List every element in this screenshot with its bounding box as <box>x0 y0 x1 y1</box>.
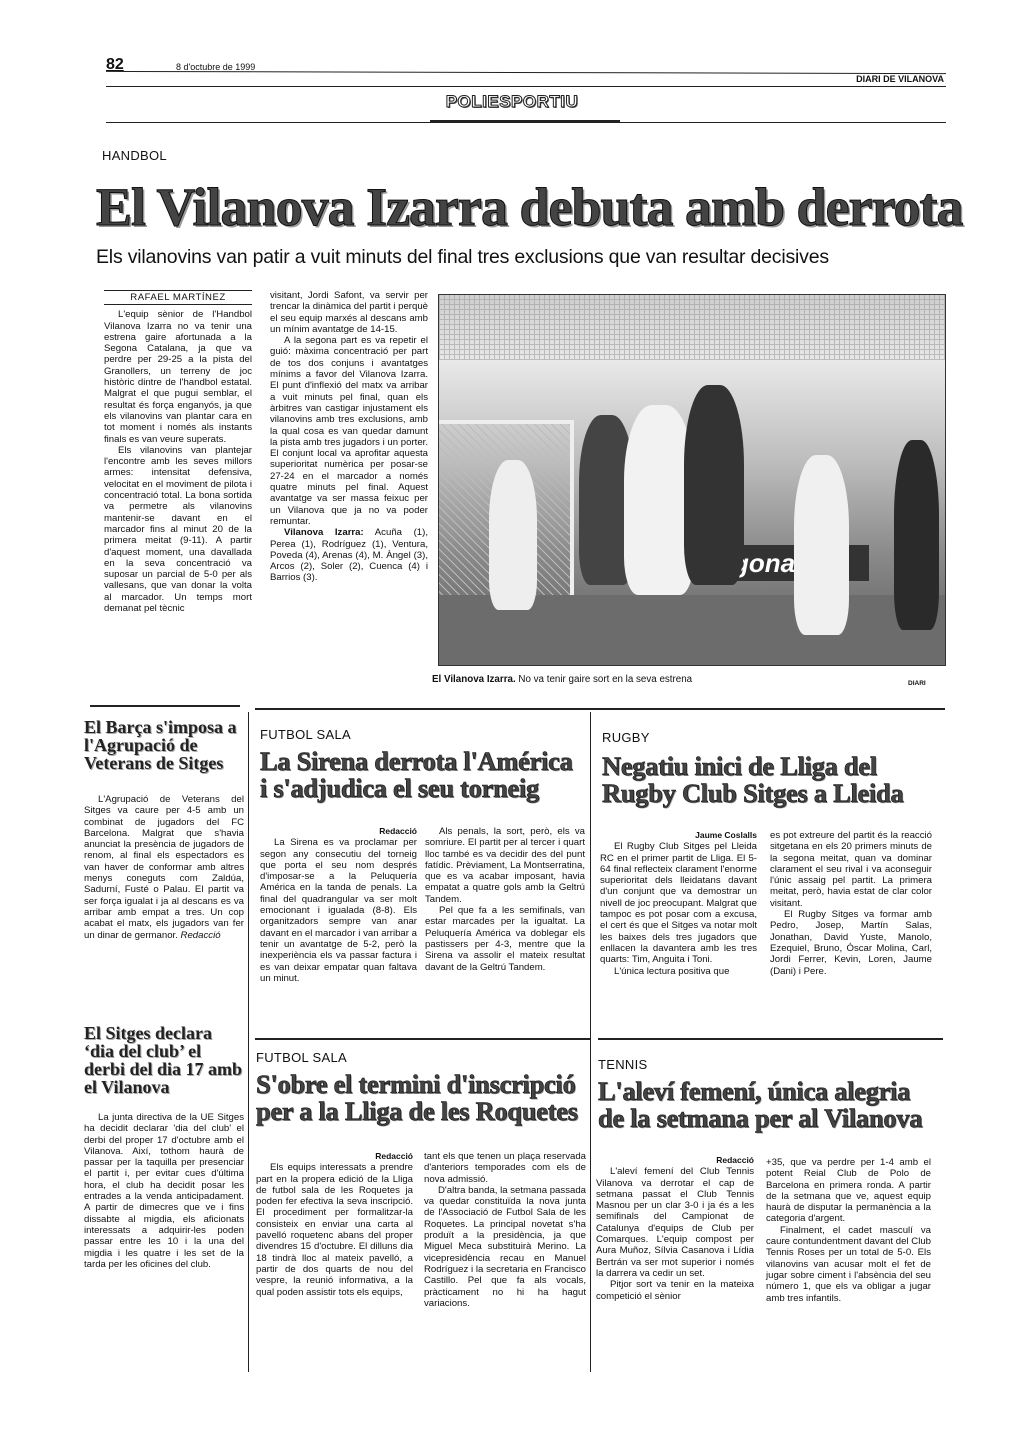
story-sirena: FUTBOL SALA La Sirena derrota l'América … <box>260 727 590 802</box>
photo-credit: DIARI <box>908 680 926 687</box>
brief-signature: Redacció <box>181 930 221 941</box>
story-column: Als penals, la sort, però, els va somriu… <box>425 826 585 973</box>
paragraph: Finalment, el cadet masculí va caure con… <box>766 1225 931 1304</box>
story-credit: Redacció <box>596 1155 754 1166</box>
story-column: +35, que va perdre per 1-4 amb el potent… <box>766 1157 931 1304</box>
story-column: Redacció Els equips interessats a prendr… <box>256 1151 413 1298</box>
paragraph: El Rugby Sitges va formar amb Pedro, Jos… <box>770 909 932 977</box>
brief-text: L'Agrupació de Veterans del Sitges va ca… <box>84 794 244 941</box>
paragraph: Els equips interessats a prendre part en… <box>256 1162 413 1298</box>
photo-caption: El Vilanova Izarra. No va tenir gaire so… <box>432 674 692 685</box>
story-column: tant els que tenen un plaça reservada d'… <box>424 1151 586 1309</box>
main-subheadline: Els vilanovins van patir a vuit minuts d… <box>96 246 829 269</box>
story-headline-line: i s'adjudica el seu torneig <box>260 775 590 802</box>
section-underline <box>430 120 620 123</box>
paragraph: +35, que va perdre per 1-4 amb el potent… <box>766 1157 931 1225</box>
section-title: POLIESPORTIU <box>0 92 1024 112</box>
lineup-label: Vilanova Izarra: <box>284 527 364 538</box>
sidebar-brief-2: El Sitges declara ‘dia del club’ el derb… <box>84 1024 244 1270</box>
main-kicker: HANDBOL <box>102 148 167 163</box>
caption-text: No va tenir gaire sort en la seva estren… <box>516 674 692 685</box>
net-pattern <box>439 295 945 360</box>
story-column: es pot extreure del partit és la reacció… <box>770 830 932 977</box>
column-rule <box>590 712 591 1372</box>
story-tennis: TENNIS L'aleví femení, única alegria de … <box>598 1057 943 1132</box>
story-column: Jaume Coslalls El Rugby Club Sitges pel … <box>600 830 757 977</box>
paper-name: DIARI DE VILANOVA <box>856 74 944 84</box>
divider <box>255 1038 590 1040</box>
header-rule <box>106 71 946 74</box>
brief-headline: El Barça s'imposa a l'Agrupació de Veter… <box>84 718 244 772</box>
story-headline-line: La Sirena derrota l'América <box>260 748 590 775</box>
player-figure <box>684 385 744 585</box>
referee-figure <box>489 460 537 610</box>
main-column-2: visitant, Jordi Safont, va servir per tr… <box>270 290 428 584</box>
brief-body: La junta directiva de la UE Sitges ha de… <box>84 1112 244 1270</box>
paragraph: A la segona part es va repetir el guió: … <box>270 335 428 527</box>
paragraph: D'altra banda, la setmana passada va que… <box>424 1185 586 1309</box>
paragraph: Pitjor sort va tenir en la mateixa compe… <box>596 1279 754 1302</box>
paragraph: Pel que fa a les semifinals, van estar m… <box>425 905 585 973</box>
main-headline: El Vilanova Izarra debuta amb derrota <box>96 176 936 238</box>
story-headline-line: L'aleví femení, única alegria <box>598 1078 943 1105</box>
story-column: Redacció L'aleví femení del Club Tennis … <box>596 1155 754 1302</box>
paragraph: Els vilanovins van plantejar l'encontre … <box>104 445 252 614</box>
paragraph: visitant, Jordi Safont, va servir per tr… <box>270 290 428 335</box>
paragraph: L'aleví femení del Club Tennis Vilanova … <box>596 1166 754 1279</box>
divider <box>255 708 945 710</box>
story-headline-line: de la setmana per al Vilanova <box>598 1105 943 1132</box>
paragraph: El Rugby Club Sitges pel Lleida RC en el… <box>600 841 757 965</box>
story-headline-line: S'obre el termini d'inscripció <box>256 1071 591 1098</box>
paragraph: es pot extreure del partit és la reacció… <box>770 830 932 909</box>
byline: RAFAEL MARTÍNEZ <box>104 290 252 305</box>
story-headline-line: Rugby Club Sitges a Lleida <box>602 780 942 807</box>
story-kicker: FUTBOL SALA <box>256 1050 591 1065</box>
brief-text: La junta directiva de la UE Sitges ha de… <box>84 1112 244 1270</box>
lineup: Vilanova Izarra: Acuña (1), Perea (1), R… <box>270 527 428 583</box>
story-column: Redacció La Sirena es va proclamar per s… <box>260 826 417 984</box>
story-rugby: RUGBY Negatiu inici de Lliga del Rugby C… <box>602 730 942 807</box>
main-column-1: RAFAEL MARTÍNEZ L'equip sènior de l'Hand… <box>104 290 252 614</box>
divider <box>90 705 240 707</box>
paragraph: tant els que tenen un plaça reservada d'… <box>424 1151 586 1185</box>
brief-body: L'Agrupació de Veterans del Sitges va ca… <box>84 794 244 941</box>
paragraph: La Sirena es va proclamar per segon any … <box>260 837 417 984</box>
divider <box>598 1038 943 1040</box>
story-roquetes: FUTBOL SALA S'obre el termini d'inscripc… <box>256 1050 591 1125</box>
story-kicker: RUGBY <box>602 730 942 745</box>
story-credit: Redacció <box>260 826 417 837</box>
sidebar-brief-1: El Barça s'imposa a l'Agrupació de Veter… <box>84 718 244 941</box>
handball-photo: gona <box>438 294 946 666</box>
paragraph: L'única lectura positiva que <box>600 966 757 977</box>
story-headline-line: per a la Lliga de les Roquetes <box>256 1098 591 1125</box>
story-credit: Jaume Coslalls <box>600 830 757 841</box>
story-credit: Redacció <box>256 1151 413 1162</box>
paragraph: Als penals, la sort, però, els va somriu… <box>425 826 585 905</box>
player-figure <box>894 440 939 630</box>
story-kicker: TENNIS <box>598 1057 943 1072</box>
column-rule <box>248 712 249 1372</box>
story-headline-line: Negatiu inici de Lliga del <box>602 753 942 780</box>
caption-bold: El Vilanova Izarra. <box>432 674 516 685</box>
story-kicker: FUTBOL SALA <box>260 727 590 742</box>
paragraph: L'equip sènior de l'Handbol Vilanova Iza… <box>104 309 252 445</box>
brief-headline: El Sitges declara ‘dia del club’ el derb… <box>84 1024 244 1096</box>
header-rule-2 <box>106 86 946 87</box>
player-figure <box>794 455 849 635</box>
